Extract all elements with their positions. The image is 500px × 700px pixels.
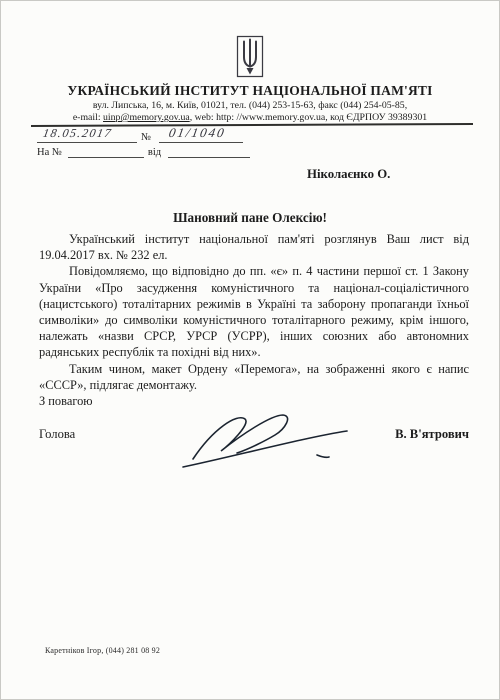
number-label: № (137, 132, 153, 143)
letterhead: УКРАЇНСЬКИЙ ІНСТИТУТ НАЦІОНАЛЬНОЇ ПАМ'ЯТ… (1, 35, 499, 124)
reply-label: На № (37, 147, 64, 158)
paragraph-1: Український інститут національної пам'ят… (39, 231, 469, 263)
letter-body: Український інститут національної пам'ят… (39, 231, 469, 409)
letterhead-address: вул. Липська, 16, м. Київ, 01021, тел. (… (1, 100, 499, 124)
salutation: Шановний пане Олексію! (1, 210, 499, 226)
paragraph-3: Таким чином, макет Ордену «Перемога», на… (39, 361, 469, 393)
incoming-row: На № від (37, 144, 287, 158)
reply-from-label: від (144, 147, 163, 158)
reference-block: 18.05.2017 № 01/1040 На № від (37, 128, 287, 158)
ukraine-trident-emblem-icon (236, 35, 264, 79)
contact-suffix: , web: http: //www.memory.gov.ua, код ЄД… (190, 112, 427, 123)
handwritten-date: 18.05.2017 (42, 126, 114, 141)
date-line: 18.05.2017 (37, 128, 137, 143)
handwritten-number: 01/1040 (168, 125, 227, 141)
handwritten-signature-icon (179, 409, 359, 473)
executor-contact: Каретніков Ігор, (044) 281 08 92 (45, 646, 160, 655)
signer-name: В. В'ятрович (395, 427, 469, 442)
reply-date-line (168, 144, 250, 158)
recipient-name: Ніколаєнко О. (307, 167, 390, 182)
regards-line: З повагою (39, 393, 469, 409)
address-line: вул. Липська, 16, м. Київ, 01021, тел. (… (93, 100, 407, 111)
number-line: 01/1040 (159, 128, 243, 143)
institute-name: УКРАЇНСЬКИЙ ІНСТИТУТ НАЦІОНАЛЬНОЇ ПАМ'ЯТ… (1, 83, 499, 99)
outgoing-row: 18.05.2017 № 01/1040 (37, 128, 287, 143)
signer-position: Голова (39, 427, 75, 442)
reply-number-line (68, 144, 144, 158)
trident-base (247, 68, 254, 75)
contact-prefix: e-mail: (73, 112, 103, 123)
email-text: uinp@memory.gov.ua (103, 112, 190, 123)
paragraph-2: Повідомляємо, що відповідно до пп. «є» п… (39, 263, 469, 360)
scanned-letter-page: УКРАЇНСЬКИЙ ІНСТИТУТ НАЦІОНАЛЬНОЇ ПАМ'ЯТ… (0, 0, 500, 700)
